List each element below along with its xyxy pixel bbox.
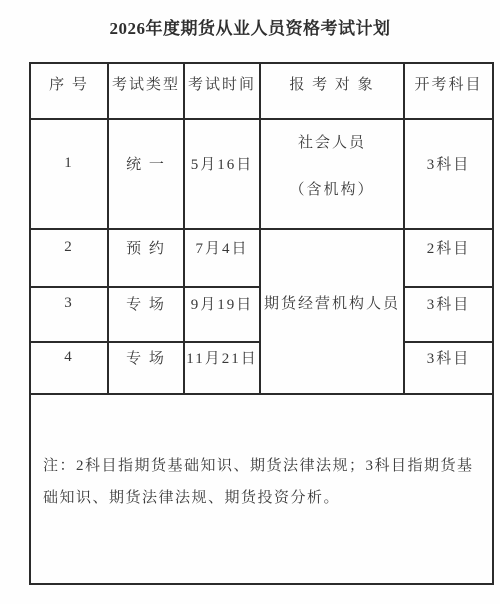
cell-no: 1 (30, 119, 108, 229)
header-exam-type: 考试类型 (108, 63, 184, 119)
cell-no: 3 (30, 287, 108, 342)
cell-exam-type: 专 场 (108, 342, 184, 394)
cell-no: 4 (30, 342, 108, 394)
header-exam-date: 考试时间 (184, 63, 260, 119)
exam-schedule-table: 序 号 考试类型 考试时间 报 考 对 象 开考科目 1 统 一 5月16日 社… (29, 62, 494, 585)
header-audience: 报 考 对 象 (260, 63, 404, 119)
table-row: 2 预 约 7月4日 期货经营机构人员 2科目 (30, 229, 493, 287)
header-subjects: 开考科目 (404, 63, 493, 119)
cell-audience-merged: 期货经营机构人员 (260, 229, 404, 394)
cell-subjects: 3科目 (404, 287, 493, 342)
cell-subjects: 2科目 (404, 229, 493, 287)
cell-exam-type: 统 一 (108, 119, 184, 229)
audience-line-1: 社会人员 (261, 131, 403, 152)
cell-subjects: 3科目 (404, 119, 493, 229)
cell-exam-type: 专 场 (108, 287, 184, 342)
table-row: 1 统 一 5月16日 社会人员 （含机构） 3科目 (30, 119, 493, 229)
note-text: 注：2科目指期货基础知识、期货法律法规；3科目指期货基础知识、期货法律法规、期货… (30, 394, 493, 584)
table-note-row: 注：2科目指期货基础知识、期货法律法规；3科目指期货基础知识、期货法律法规、期货… (30, 394, 493, 584)
header-no: 序 号 (30, 63, 108, 119)
cell-exam-date: 11月21日 (184, 342, 260, 394)
page-title: 2026年度期货从业人员资格考试计划 (0, 14, 500, 39)
cell-exam-date: 5月16日 (184, 119, 260, 229)
document-page: 2026年度期货从业人员资格考试计划 序 号 考试类型 考试时间 报 考 对 象… (0, 0, 500, 604)
cell-no: 2 (30, 229, 108, 287)
cell-audience: 社会人员 （含机构） (260, 119, 404, 229)
table-header-row: 序 号 考试类型 考试时间 报 考 对 象 开考科目 (30, 63, 493, 119)
cell-exam-date: 7月4日 (184, 229, 260, 287)
cell-exam-type: 预 约 (108, 229, 184, 287)
audience-line-2: （含机构） (261, 178, 403, 199)
cell-exam-date: 9月19日 (184, 287, 260, 342)
cell-subjects: 3科目 (404, 342, 493, 394)
